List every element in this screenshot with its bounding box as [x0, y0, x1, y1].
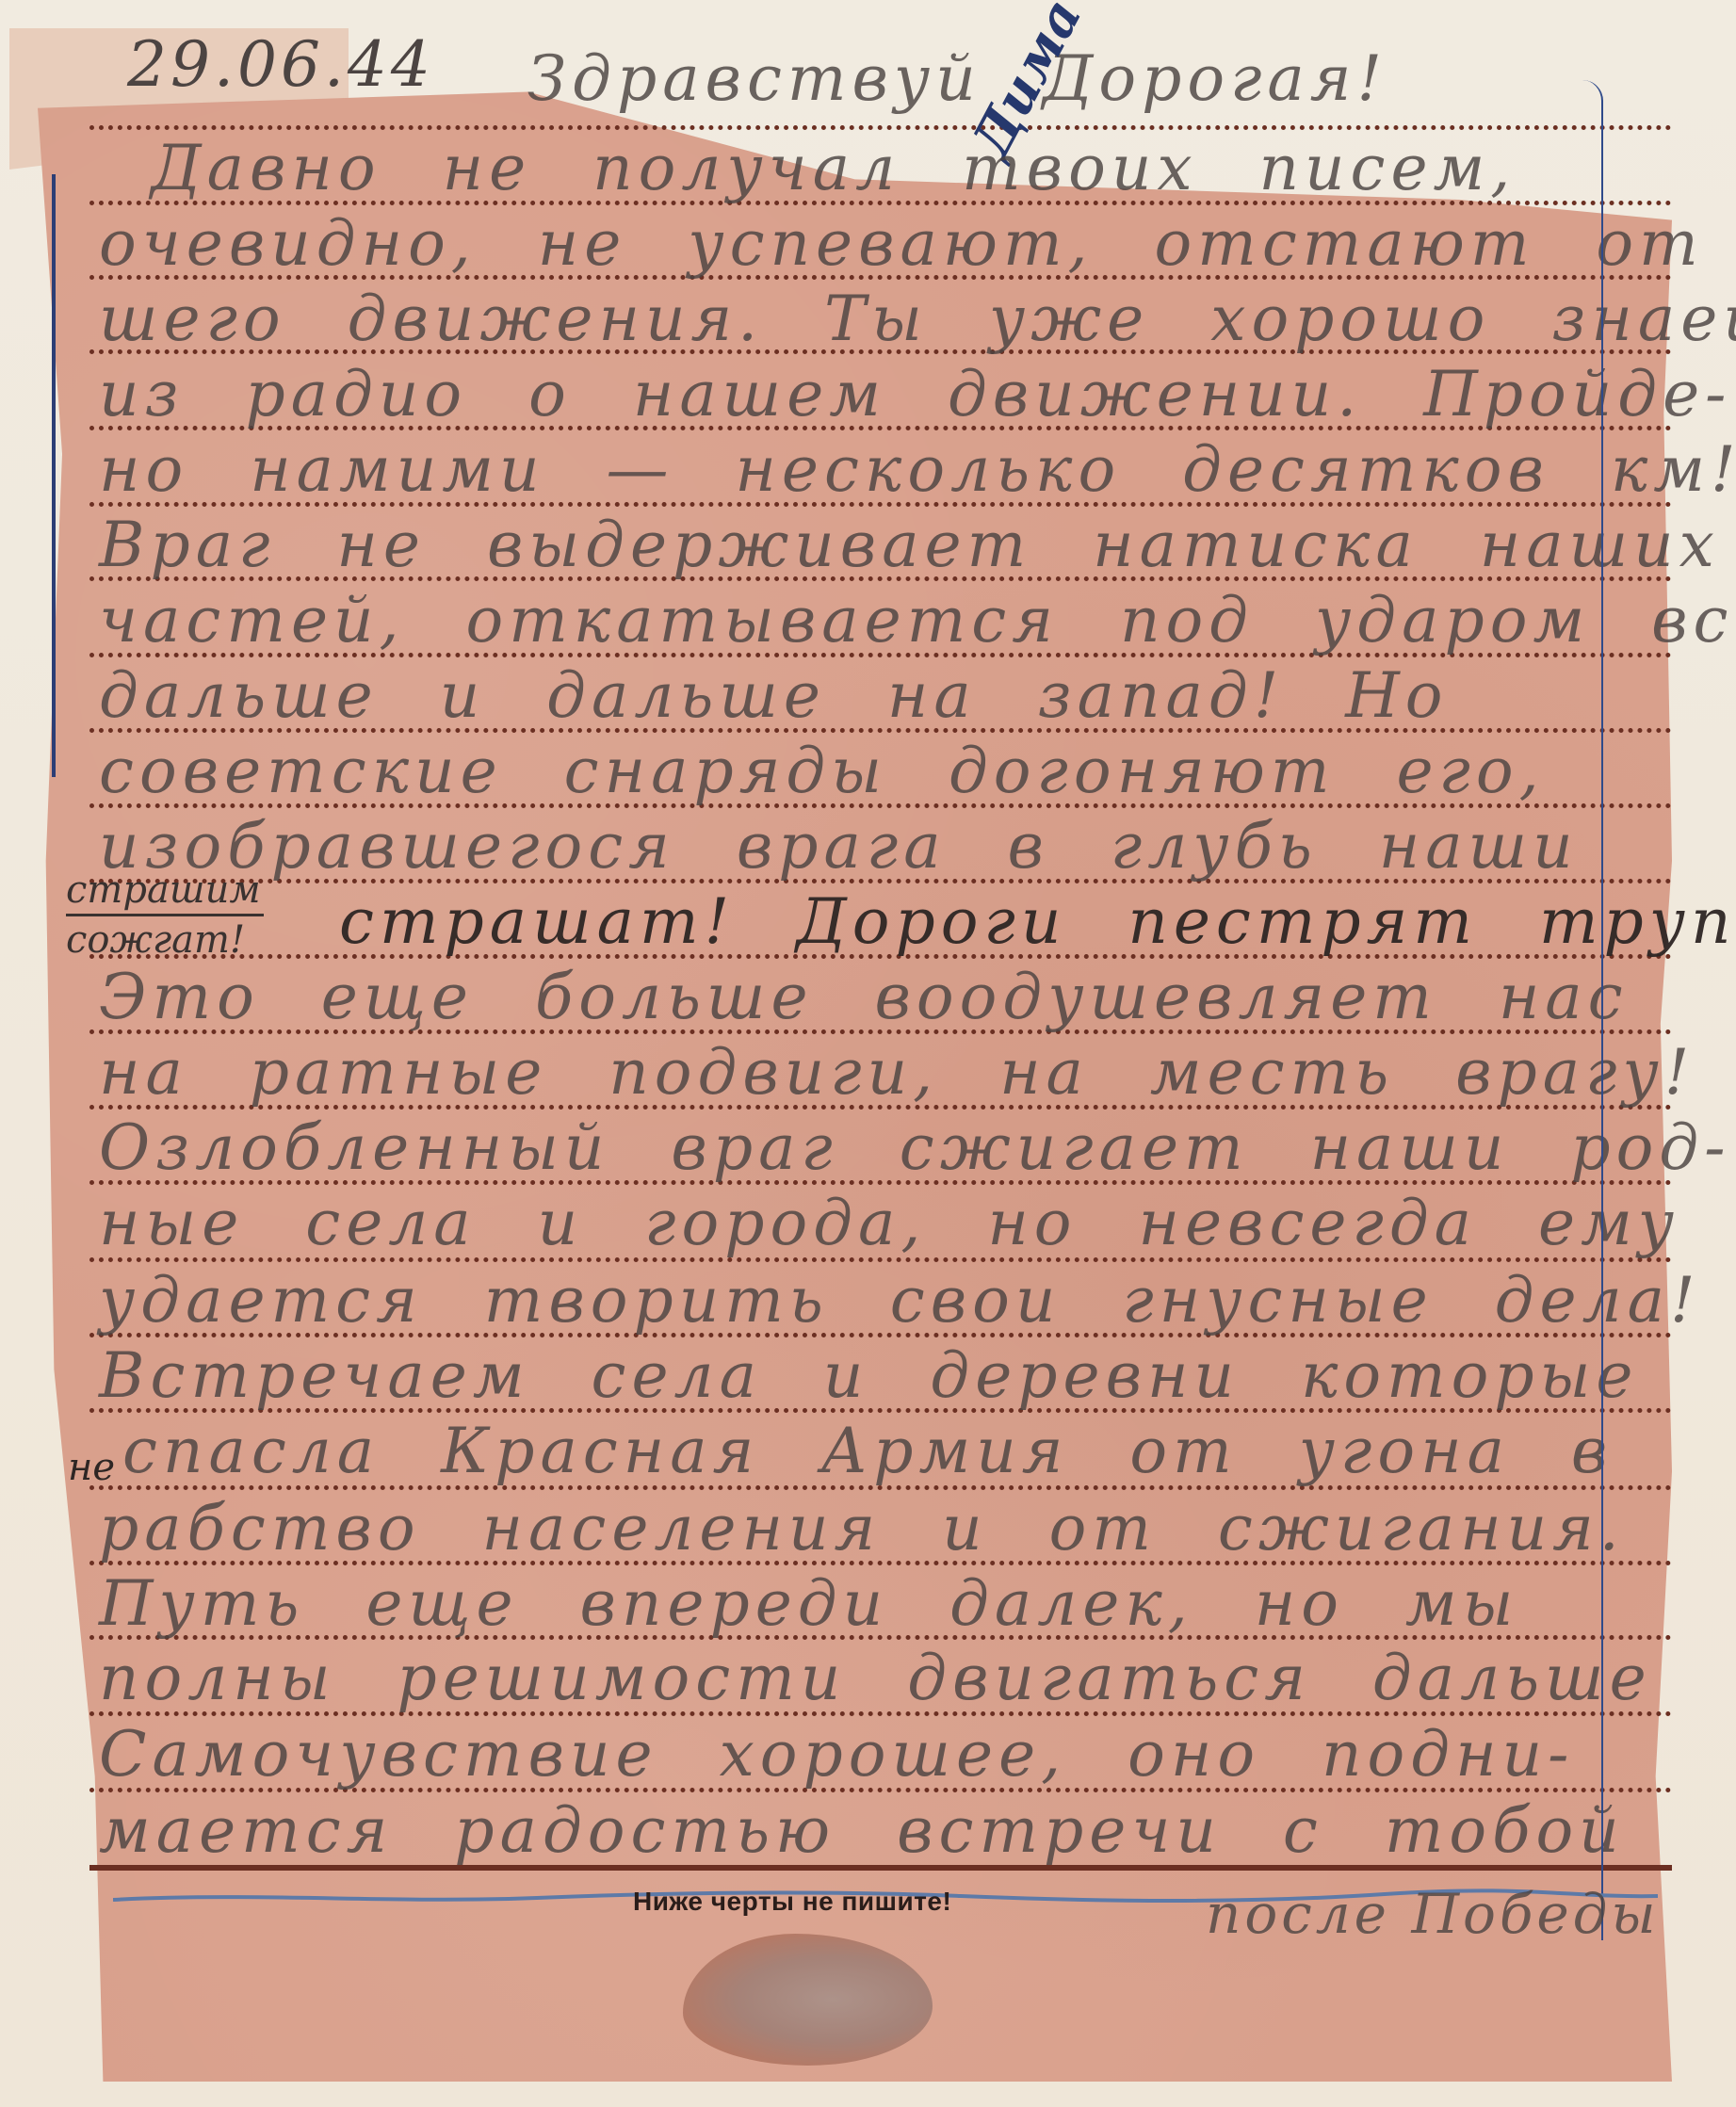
letter-greeting: Здравствуй Дорогая! [527, 42, 1736, 115]
letter-line: мается радостью встречи с тобой [99, 1794, 1681, 1867]
letter-line: Враг не выдерживает натиска наших [99, 509, 1681, 581]
letter-line: Встречаем села и деревни которые [99, 1339, 1681, 1412]
letter-line: советские снаряды догоняют его, [99, 735, 1681, 807]
blue-margin-bracket [52, 174, 71, 777]
letter-line: но намими — несколько десятков км! [99, 433, 1681, 506]
letter-line: шего движения. Ты уже хорошо знаешь [99, 283, 1681, 355]
margin-note: страшим сожгат! [66, 867, 264, 964]
letter-line: удается творить свои гнусные дела! [99, 1264, 1681, 1337]
letter-line: Это еще больше воодушевляет нас [99, 961, 1681, 1033]
margin-note-ne: не [68, 1446, 115, 1489]
margin-note-line: страшим [66, 867, 264, 916]
letter-line: очевидно, не успевают, отстают от на- [99, 207, 1681, 280]
letter-line: изобравшегося врага в глубь наши [99, 810, 1681, 883]
letter-line: из радио о нашем движении. Пройде- [99, 358, 1681, 430]
letter-line: Давно не получал твоих писем, [151, 132, 1733, 204]
letter-line: спасла Красная Армия от угона в [122, 1415, 1705, 1487]
letter-line: рабство населения и от сжигания. [99, 1492, 1681, 1564]
letter-line: Путь еще впереди далек, но мы [99, 1567, 1681, 1640]
blue-right-bracket [1582, 80, 1603, 1940]
letter-line: полны решимости двигаться дальше [99, 1642, 1681, 1714]
printed-footer-warning: Ниже черты не пишите! [633, 1887, 951, 1917]
ruled-line [89, 125, 1672, 130]
letter-line: Самочувствие хорошее, оно подни- [99, 1718, 1681, 1791]
letter-signoff: после Победы [1206, 1882, 1660, 1946]
margin-note-line: сожгат! [66, 916, 264, 964]
letter-line: дальше и дальше на запад! Но [99, 659, 1681, 732]
letter-line: частей, откатывается под ударом все [99, 584, 1681, 656]
letter-date: 29.06.44 [127, 28, 434, 101]
letter-line: на ратные подвиги, на месть врагу! [99, 1036, 1681, 1109]
letter-line: Озлобленный враг сжигает наши род- [99, 1111, 1681, 1184]
letter-line: ные села и города, но невсегда ему [99, 1187, 1681, 1259]
letter-line: страшат! Дороги пестрят трупами врага [339, 885, 1736, 958]
